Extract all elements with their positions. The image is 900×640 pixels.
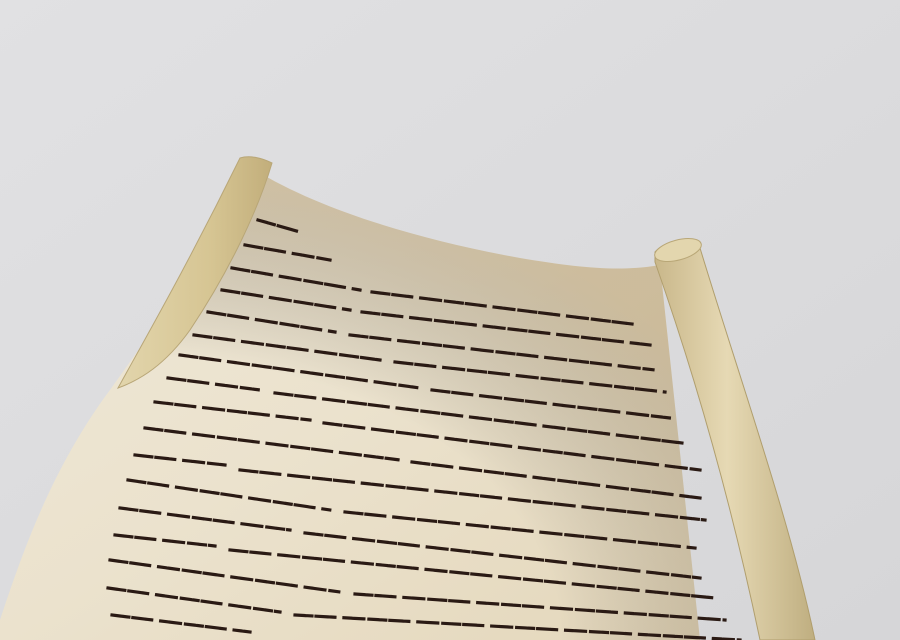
scroll-illustration <box>0 0 900 640</box>
scroll-photo <box>0 0 900 640</box>
